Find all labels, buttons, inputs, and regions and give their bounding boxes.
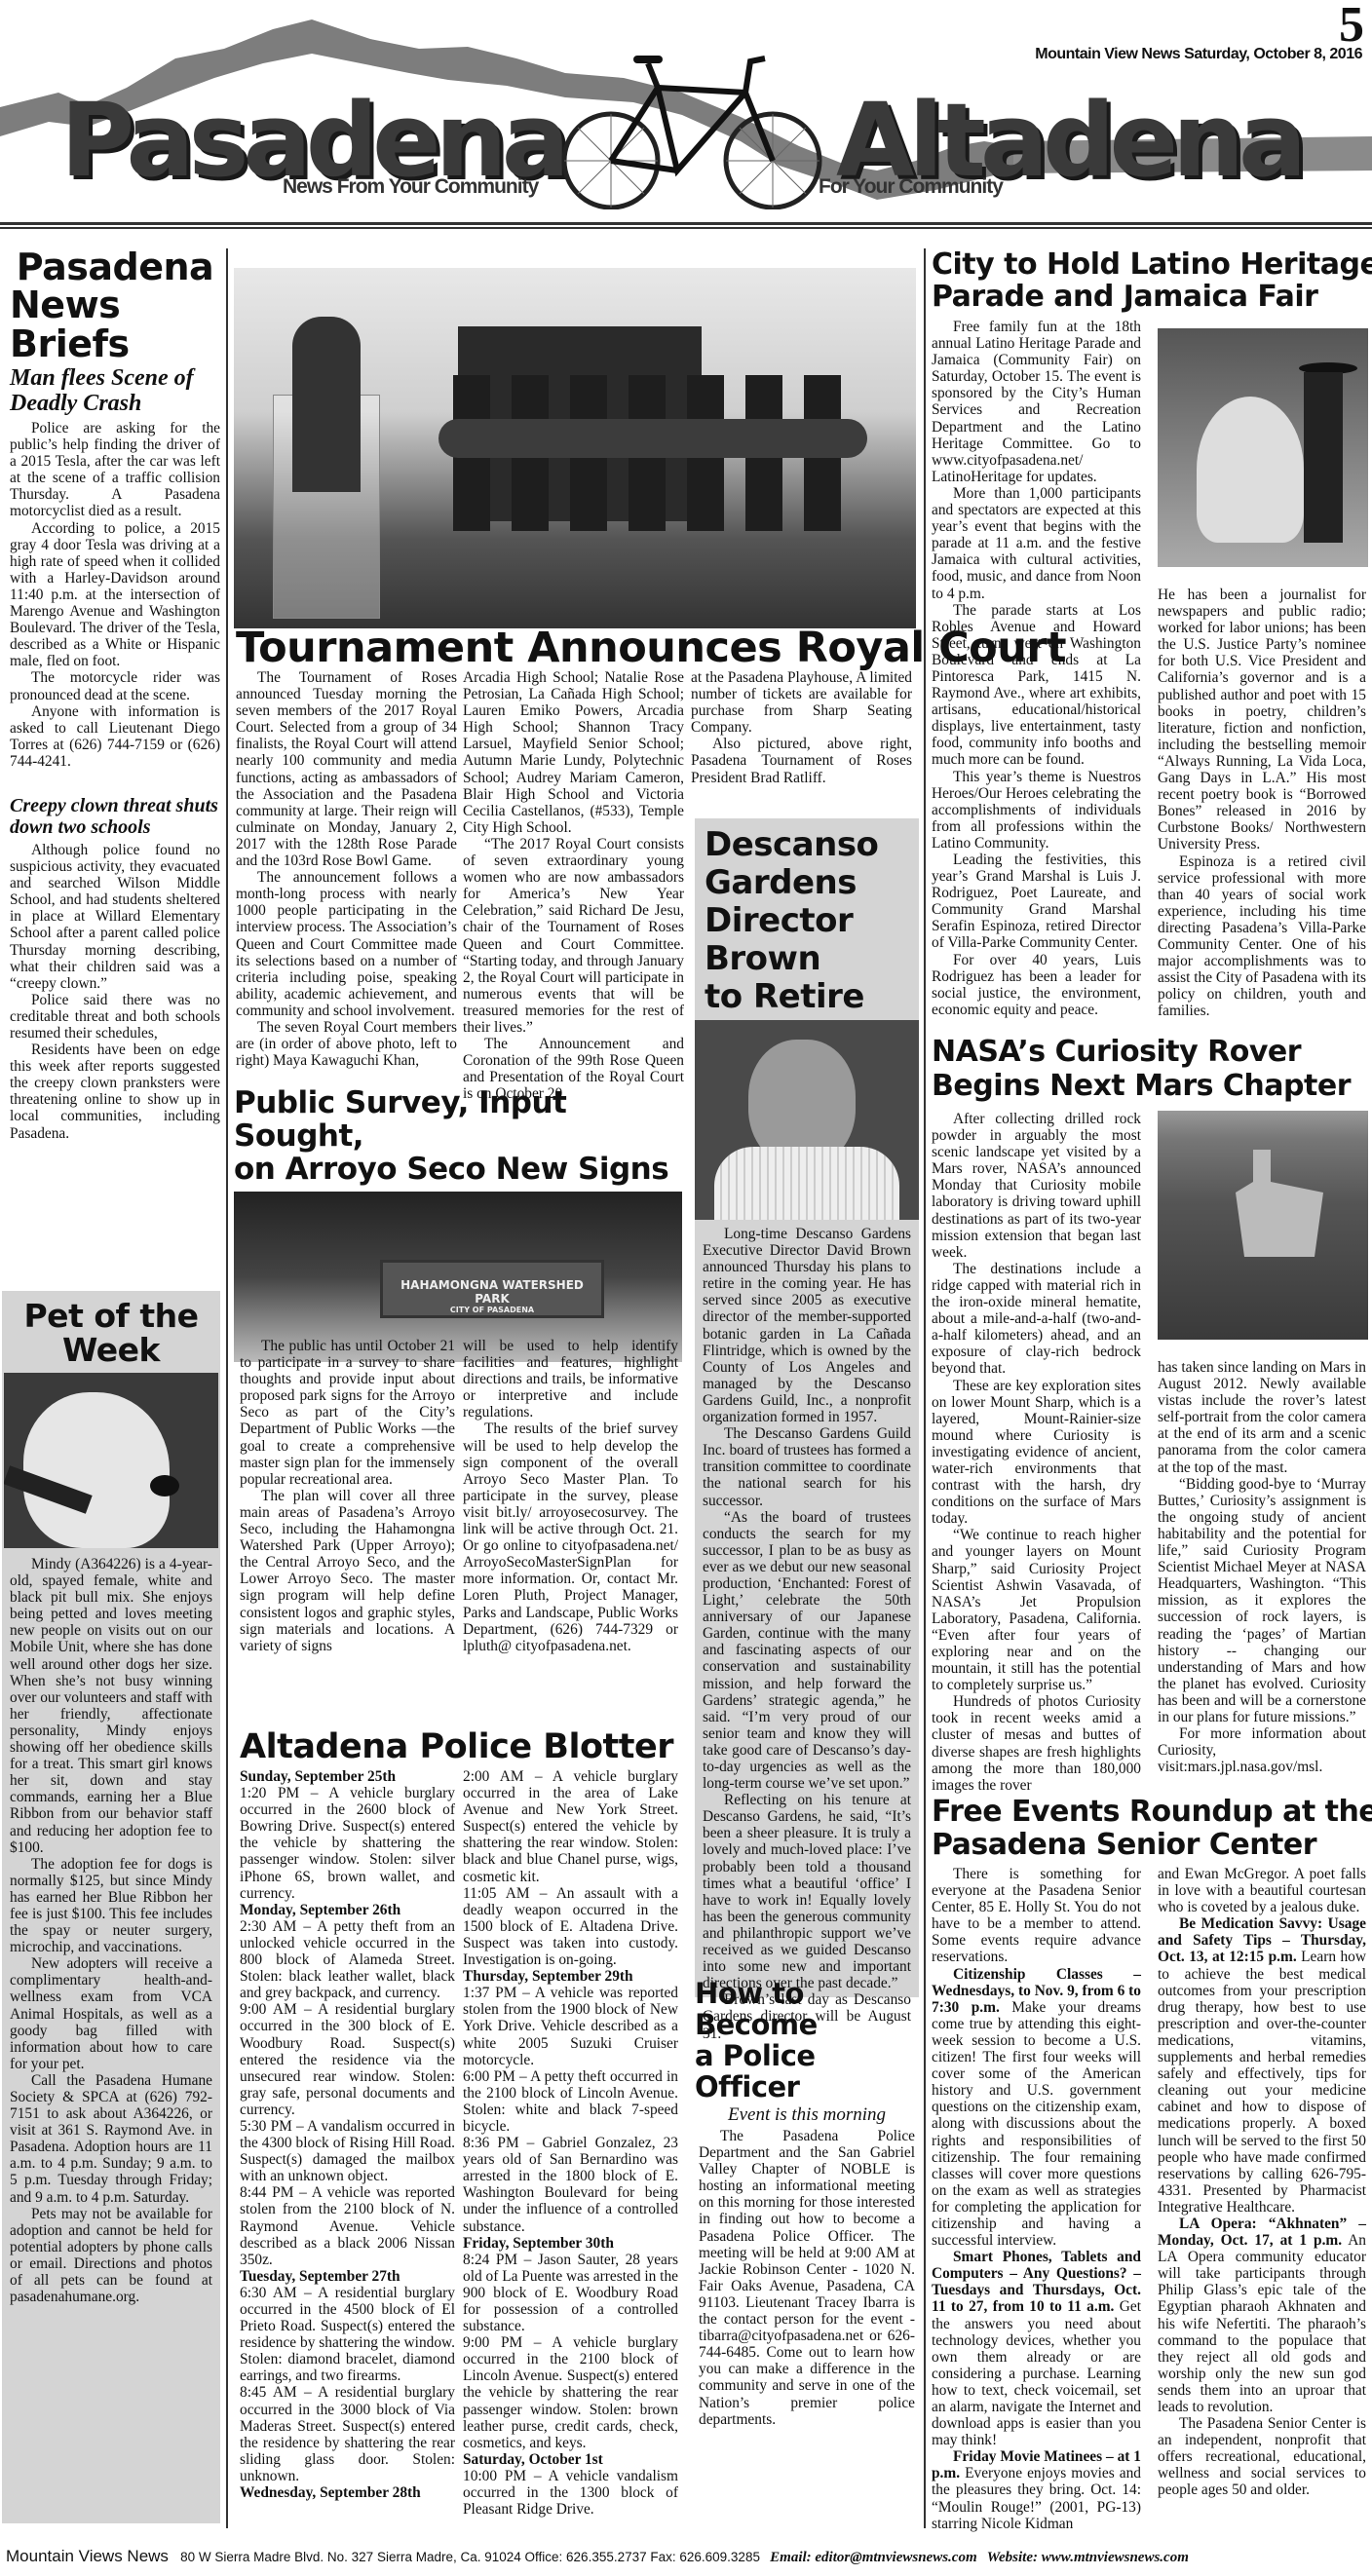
event-paragraph: LA Opera: “Akhnaten” – Monday, Oct. 17, … (1158, 2216, 1366, 2415)
footer-address: 80 W Sierra Madre Blvd. No. 327 Sierra M… (180, 2550, 760, 2564)
pet-description: Mindy (A364226) is a 4-year-old, spayed … (10, 1556, 212, 2305)
story-headline: Man flees Scene of Deadly Crash (10, 365, 220, 416)
article-column: The Tournament of Roses announced Tuesda… (236, 669, 457, 1069)
paragraph: Call the Pasadena Humane Society & SPCA … (10, 2072, 212, 2206)
paragraph: “As the board of trustees conducts the s… (703, 1509, 911, 1793)
story-body: Police are asking for the public’s help … (10, 420, 220, 770)
nasa-article: NASA’s Curiosity Rover Begins Next Mars … (932, 1035, 1368, 1103)
article-column: He has been a journalist for newspapers … (1158, 587, 1366, 1019)
article-headline: NASA’s Curiosity Rover (932, 1035, 1368, 1069)
paragraph: Reflecting on his tenure at Descanso Gar… (703, 1792, 911, 1991)
masthead-rule (0, 222, 1372, 225)
masthead: 5 Mountain View News Saturday, October 8… (0, 0, 1372, 229)
column-divider (226, 248, 228, 2528)
article-column: at the Pasadena Playhouse, A limited num… (691, 669, 912, 786)
tagline-right: For Your Community (819, 175, 1003, 199)
paragraph: These are key exploration sites on lower… (932, 1378, 1141, 1528)
article-headline: to Retire (705, 978, 909, 1016)
blotter-day-heading: Sunday, September 25th (240, 1768, 455, 1785)
paragraph: The results of the brief survey will be … (463, 1421, 678, 1653)
pet-photo (4, 1373, 218, 1548)
article-headline: Gardens (705, 864, 909, 902)
paragraph: More than 1,000 participants and spectat… (932, 485, 1141, 602)
paragraph: “The 2017 Royal Court consists of seven … (463, 836, 684, 1036)
paragraph: This year’s theme is Nuestros Heroes/Our… (932, 769, 1141, 852)
article-headline: Public Survey, Input Sought, (234, 1086, 682, 1153)
event-title: LA Opera: “Akhnaten” – Monday, Oct. 17, … (1158, 2216, 1366, 2249)
blotter-entry: 9:00 PM – A vehicle burglary occurred in… (463, 2334, 678, 2451)
paragraph: has taken since landing on Mars in Augus… (1158, 1359, 1366, 1476)
police-blotter: Altadena Police Blotter Sunday, Septembe… (240, 1727, 684, 1766)
paragraph: For over 40 years, Luis Rodriguez has be… (932, 952, 1141, 1018)
blotter-day-heading: Wednesday, September 28th (240, 2484, 455, 2501)
article-headline: Begins Next Mars Chapter (932, 1069, 1368, 1103)
article-headline: Parade and Jamaica Fair (932, 281, 1368, 313)
dancers-photo (1158, 328, 1368, 567)
sign-subtext: CITY OF PASADENA (383, 1306, 601, 1314)
blotter-entry: 10:00 PM – A vehicle vandalism occurred … (463, 2468, 678, 2518)
article-column: Free family fun at the 18th annual Latin… (932, 319, 1141, 1018)
blotter-entry: 2:00 AM – A vehicle burglary occurred in… (463, 1768, 678, 1885)
paragraph: Pets may not be available for adoption a… (10, 2206, 212, 2306)
event-title: Be Medication Savvy: Usage and Safety Ti… (1158, 1915, 1366, 1965)
blotter-entry: 8:36 PM – Gabriel Gonzalez, 23 years old… (463, 2135, 678, 2235)
column-divider (924, 248, 926, 2528)
story-headline: Creepy clown threat shuts down two schoo… (10, 795, 220, 838)
paragraph: at the Pasadena Playhouse, A limited num… (691, 669, 912, 736)
paragraph: Residents have been on edge this week af… (10, 1042, 220, 1142)
section-title: Pet of the (10, 1299, 212, 1333)
bicycle-icon (551, 54, 833, 209)
article-column: After collecting drilled rock powder in … (932, 1111, 1141, 1794)
park-sign: HAHAMONGNA WATERSHED PARK CITY OF PASADE… (380, 1260, 604, 1318)
paragraph: Arcadia High School; Natalie Rose Petros… (463, 669, 684, 836)
article-headline: How to Become (695, 1978, 919, 2040)
event-paragraph: Friday Movie Matinees – at 1 p.m. Everyo… (932, 2448, 1141, 2531)
paragraph: Free family fun at the 18th annual Latin… (932, 319, 1141, 485)
paragraph: Long-time Descanso Gardens Executive Dir… (703, 1226, 911, 1425)
section-title: News Briefs (10, 285, 220, 363)
latino-heritage-article: City to Hold Latino Heritage Parade and … (932, 248, 1368, 313)
event-title: Smart Phones, Tablets and Computers – An… (932, 2249, 1141, 2315)
police-officer-article: How to Become a Police Officer Event is … (695, 1978, 919, 2428)
event-paragraph: Citizenship Classes – Wednesdays, to Nov… (932, 1966, 1141, 2250)
paragraph: Leading the festivities, this year’s Gra… (932, 852, 1141, 952)
article-headline: Pasadena Senior Center (932, 1829, 1368, 1862)
paragraph: New adopters will receive a complimentar… (10, 1955, 212, 2072)
royal-court-photo (234, 268, 916, 628)
paragraph: For more information about Curiosity, vi… (1158, 1725, 1366, 1775)
article-column: The public has until October 21 to parti… (240, 1338, 455, 1654)
news-briefs-section: Pasadena News Briefs Man flees Scene of … (10, 248, 220, 1142)
event-title: Citizenship Classes – Wednesdays, to Nov… (932, 1966, 1141, 2016)
blotter-day-heading: Monday, September 26th (240, 1902, 455, 1918)
royal-court-article: Tournament Announces Royal Court The Tou… (236, 626, 918, 669)
blotter-entry: 5:30 PM – A vandalism occurred in the 43… (240, 2118, 455, 2184)
blotter-entry: 9:00 AM – A residential burglary occurre… (240, 2001, 455, 2118)
article-column: Arcadia High School; Natalie Rose Petros… (463, 669, 684, 1102)
page-number: 5 (1339, 0, 1364, 51)
story-body: Although police found no suspicious acti… (10, 842, 220, 1142)
event-paragraph: The Pasadena Senior Center is an indepen… (1158, 2415, 1366, 2498)
article-body: The Pasadena Police Department and the S… (695, 2128, 919, 2428)
article-headline: a Police Officer (695, 2040, 919, 2102)
paragraph: According to police, a 2015 gray 4 door … (10, 520, 220, 670)
blotter-day-heading: Tuesday, September 27th (240, 2268, 455, 2285)
pet-of-week-box: Pet of the Week Mindy (A364226) is a 4-y… (2, 1291, 220, 2523)
paragraph: Anyone with information is asked to call… (10, 703, 220, 770)
article-headline: Free Events Roundup at the (932, 1796, 1368, 1829)
paragraph: The parade starts at Los Robles Avenue a… (932, 602, 1141, 769)
event-paragraph: There is something for everyone at the P… (932, 1866, 1141, 1966)
paragraph: The seven Royal Court members are (in or… (236, 1019, 457, 1069)
blotter-column: 2:00 AM – A vehicle burglary occurred in… (463, 1768, 678, 2518)
blotter-entry: 2:30 AM – A petty theft from an unlocked… (240, 1918, 455, 2001)
paragraph: The destinations include a ridge capped … (932, 1261, 1141, 1378)
park-sign-photo: HAHAMONGNA WATERSHED PARK CITY OF PASADE… (234, 1192, 682, 1362)
blotter-day-heading: Friday, September 30th (463, 2235, 678, 2252)
article-column: and Ewan McGregor. A poet falls in love … (1158, 1866, 1366, 2499)
blotter-entry: 1:20 PM – A vehicle burglary occurred in… (240, 1785, 455, 1902)
article-headline: Director (705, 902, 909, 940)
curiosity-rover-photo (1158, 1111, 1368, 1340)
blotter-column: Sunday, September 25th1:20 PM – A vehicl… (240, 1768, 455, 2501)
paragraph: After collecting drilled rock powder in … (932, 1111, 1141, 1261)
blotter-entry: 8:45 AM – A residential burglary occurre… (240, 2384, 455, 2484)
david-brown-photo (695, 1020, 919, 1220)
masthead-rule (0, 227, 1372, 229)
section-title: Week (10, 1333, 212, 1367)
article-body: Long-time Descanso Gardens Executive Dir… (695, 1220, 919, 2042)
article-headline: City to Hold Latino Heritage (932, 248, 1368, 281)
article-headline: on Arroyo Seco New Signs (234, 1153, 682, 1186)
article-headline: Brown (705, 940, 909, 978)
paragraph: Espinoza is a retired civil service prof… (1158, 853, 1366, 1020)
senior-center-article: Free Events Roundup at the Pasadena Seni… (932, 1796, 1368, 1862)
paragraph: Also pictured, above right, Pasadena Tou… (691, 736, 912, 785)
article-column: There is something for everyone at the P… (932, 1866, 1141, 2532)
tagline-left: News From Your Community (283, 175, 538, 199)
footer-paper-name: Mountain Views News (6, 2547, 169, 2565)
paragraph: Mindy (A364226) is a 4-year-old, spayed … (10, 1556, 212, 1856)
paragraph: Police are asking for the public’s help … (10, 420, 220, 520)
paragraph: Although police found no suspicious acti… (10, 842, 220, 992)
event-paragraph: Be Medication Savvy: Usage and Safety Ti… (1158, 1915, 1366, 2216)
descanso-article-box: Descanso Gardens Director Brown to Retir… (695, 818, 919, 1997)
paragraph: “Bidding good-bye to ‘Murray Buttes,’ Cu… (1158, 1476, 1366, 1725)
blotter-entry: 8:24 PM – Jason Sauter, 28 years old of … (463, 2252, 678, 2334)
paragraph: The Tournament of Roses announced Tuesda… (236, 669, 457, 869)
article-headline: Tournament Announces Royal Court (236, 626, 918, 669)
blotter-entry: 1:37 PM – A vehicle was reported stolen … (463, 1985, 678, 2067)
footer-email[interactable]: Email: editor@mtnviewsnews.com (770, 2550, 976, 2565)
paragraph: will be used to help identify facilities… (463, 1338, 678, 1421)
article-column: has taken since landing on Mars in Augus… (1158, 1359, 1366, 1775)
article-column: will be used to help identify facilities… (463, 1338, 678, 1654)
blotter-day-heading: Saturday, October 1st (463, 2451, 678, 2468)
paragraph: The adoption fee for dogs is normally $1… (10, 1856, 212, 1956)
paragraph: Hundreds of photos Curiosity took in rec… (932, 1693, 1141, 1794)
blotter-entry: 11:05 AM – An assault with a deadly weap… (463, 1885, 678, 1968)
blotter-entry: 8:44 PM – A vehicle was reported stolen … (240, 2184, 455, 2267)
paragraph: The motorcycle rider was pronounced dead… (10, 669, 220, 702)
sign-text: HAHAMONGNA WATERSHED PARK (383, 1278, 601, 1306)
paragraph: The Pasadena Police Department and the S… (699, 2128, 915, 2428)
arroyo-seco-article: Public Survey, Input Sought, on Arroyo S… (234, 1086, 682, 1362)
paragraph: “We continue to reach higher and younger… (932, 1527, 1141, 1693)
paragraph: He has been a journalist for newspapers … (1158, 587, 1366, 853)
event-title: Friday Movie Matinees – at 1 p.m. (932, 2448, 1141, 2481)
section-title: Pasadena (10, 248, 220, 285)
paragraph: The public has until October 21 to parti… (240, 1338, 455, 1488)
paragraph: The Descanso Gardens Guild Inc. board of… (703, 1425, 911, 1508)
article-headline: Altadena Police Blotter (240, 1727, 684, 1766)
paragraph: The plan will cover all three main areas… (240, 1488, 455, 1654)
dateline: Mountain View News Saturday, October 8, … (1035, 46, 1362, 63)
event-paragraph: Smart Phones, Tablets and Computers – An… (932, 2249, 1141, 2448)
blotter-day-heading: Thursday, September 29th (463, 1968, 678, 1985)
blotter-entry: 6:00 PM – A petty theft occurred in the … (463, 2068, 678, 2135)
event-paragraph: and Ewan McGregor. A poet falls in love … (1158, 1866, 1366, 1915)
paragraph: The announcement follows a month-long pr… (236, 869, 457, 1019)
page-footer: Mountain Views News 80 W Sierra Madre Bl… (0, 2547, 1372, 2576)
footer-website[interactable]: Website: www.mtnviewsnews.com (987, 2550, 1189, 2565)
article-subhead: Event is this morning (695, 2104, 919, 2126)
blotter-entry: 6:30 AM – A residential burglary occurre… (240, 2285, 455, 2385)
article-headline: Descanso (705, 826, 909, 864)
paragraph: Police said there was no creditable thre… (10, 992, 220, 1042)
